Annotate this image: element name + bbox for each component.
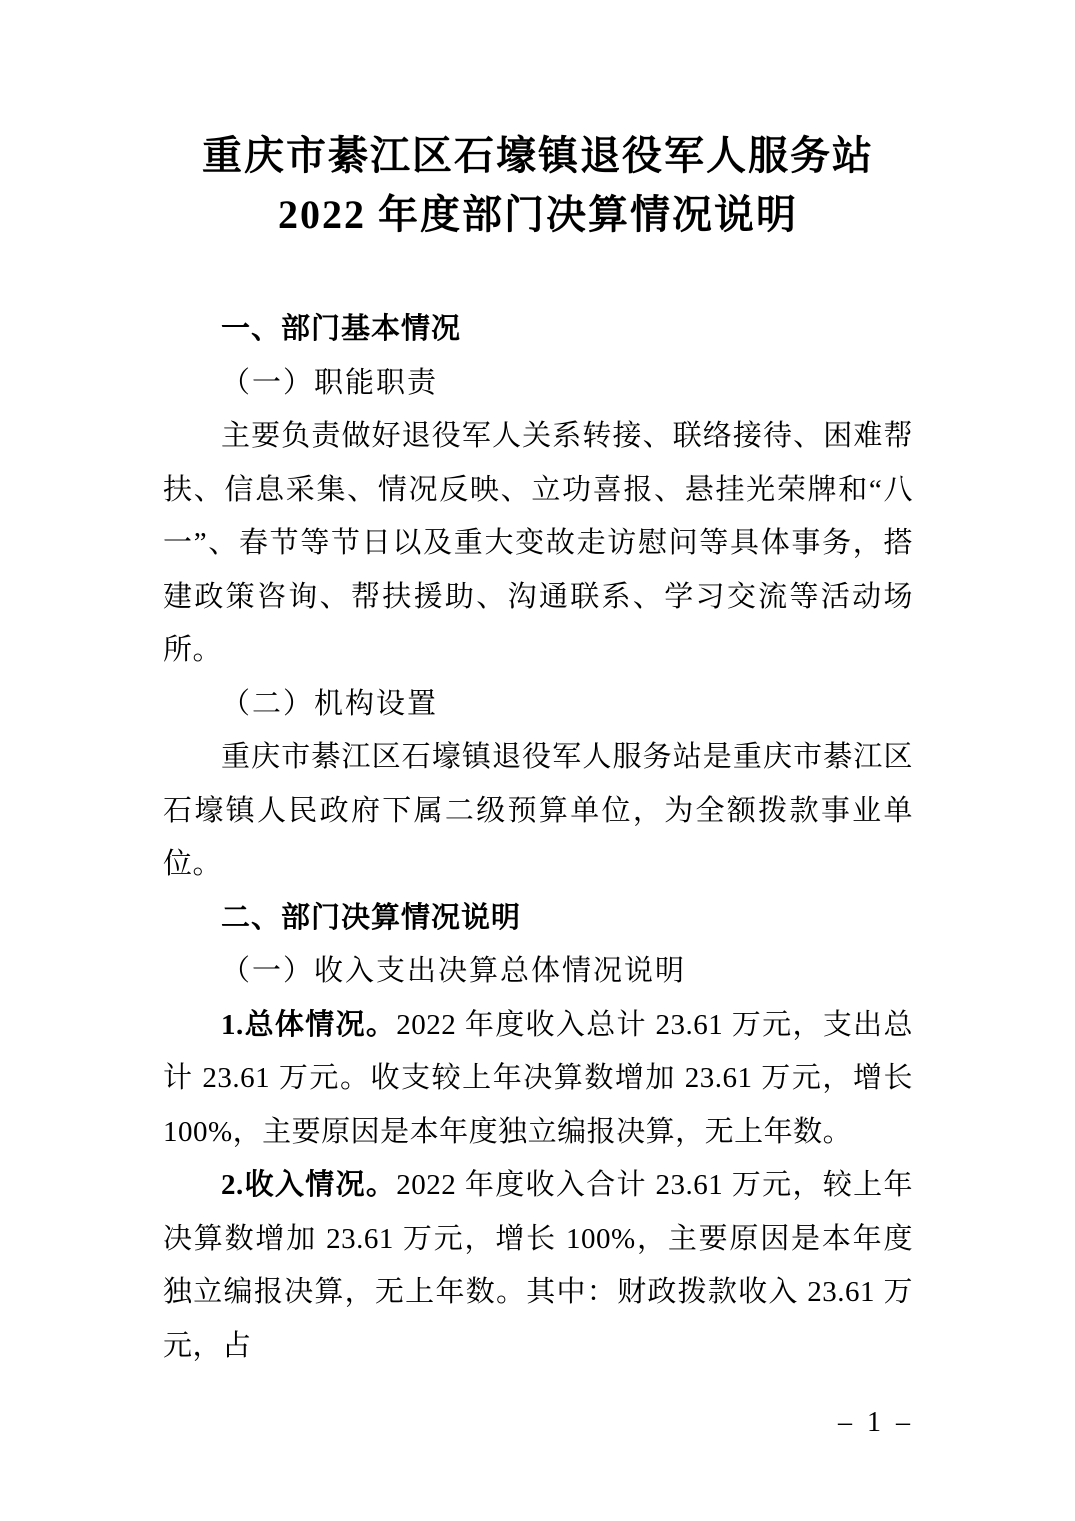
overall-situation-paragraph: 1.总体情况。2022 年度收入总计 23.61 万元，支出总计 23.61 万… [163,999,913,1160]
income-situation-paragraph: 2.收入情况。2022 年度收入合计 23.61 万元，较上年决算数增加 23.… [163,1159,913,1373]
functions-duties-paragraph: 主要负责做好退役军人关系转接、联络接待、困难帮扶、信息采集、情况反映、立功喜报、… [163,410,913,678]
document-title: 重庆市綦江区石壕镇退役军人服务站 2022 年度部门决算情况说明 [163,126,913,244]
section-2-heading: 二、部门决算情况说明 [163,892,913,946]
page-number: – 1 – [838,1406,914,1440]
organization-setup-paragraph: 重庆市綦江区石壕镇退役军人服务站是重庆市綦江区石壕镇人民政府下属二级预算单位，为… [163,731,913,892]
section-1-1-heading: （一）职能职责 [163,357,913,411]
title-line-2: 2022 年度部门决算情况说明 [163,185,913,244]
overall-situation-lead: 1.总体情况。 [221,1009,396,1041]
income-situation-lead: 2.收入情况。 [221,1169,396,1201]
section-1-heading: 一、部门基本情况 [163,303,913,357]
section-2-1-heading: （一）收入支出决算总体情况说明 [163,945,913,999]
title-line-1: 重庆市綦江区石壕镇退役军人服务站 [163,126,913,185]
section-1-2-heading: （二）机构设置 [163,678,913,732]
document-page: 重庆市綦江区石壕镇退役军人服务站 2022 年度部门决算情况说明 一、部门基本情… [0,0,1075,1521]
document-body: 一、部门基本情况 （一）职能职责 主要负责做好退役军人关系转接、联络接待、困难帮… [163,303,913,1373]
